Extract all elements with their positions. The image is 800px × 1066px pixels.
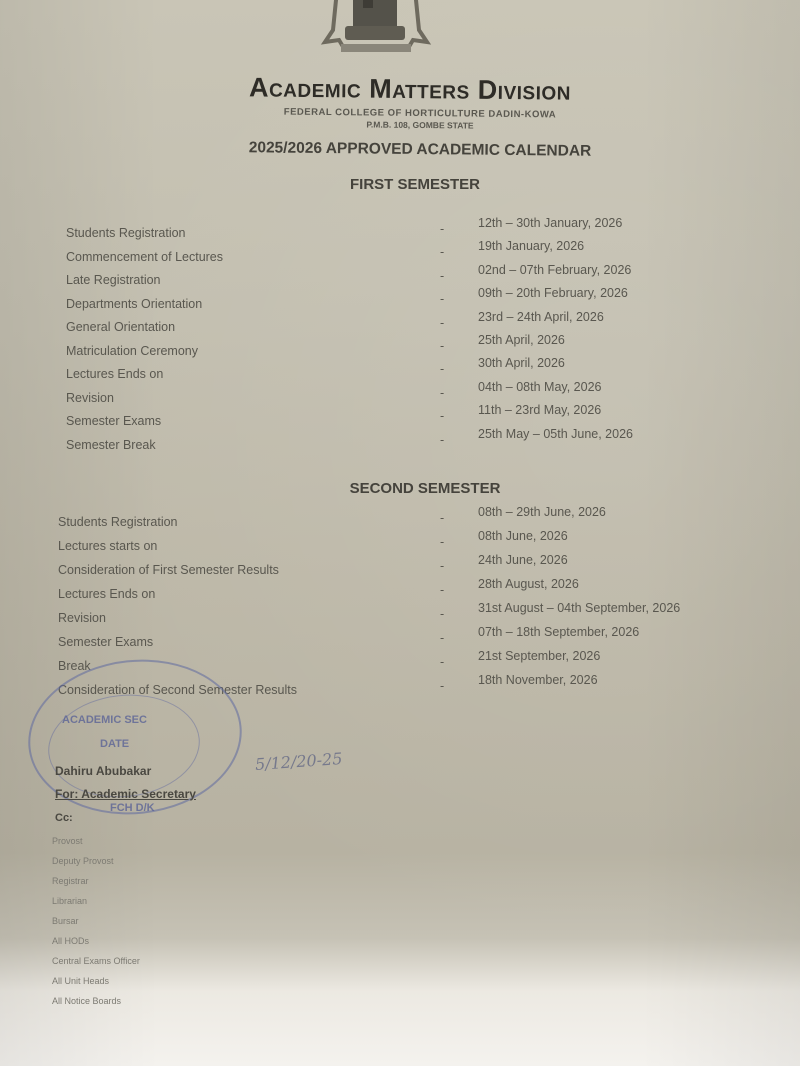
calendar-date: 02nd – 07th February, 2026 <box>478 263 631 277</box>
calendar-event: Lectures starts on <box>58 539 157 553</box>
calendar-date: 04th – 08th May, 2026 <box>478 380 601 394</box>
calendar-event: Semester Exams <box>66 414 161 428</box>
calendar-date: 08th – 29th June, 2026 <box>478 505 606 519</box>
calendar-date: 09th – 20th February, 2026 <box>478 286 628 300</box>
calendar-event: Lectures Ends on <box>66 367 163 381</box>
paper-shading <box>0 0 800 1066</box>
calendar-date: 23rd – 24th April, 2026 <box>478 310 604 324</box>
separator-dash: - <box>440 386 444 400</box>
stamp-text-line2: DATE <box>100 738 129 750</box>
separator-dash: - <box>440 535 444 549</box>
calendar-date: 18th November, 2026 <box>478 673 598 687</box>
separator-dash: - <box>440 679 444 693</box>
separator-dash: - <box>440 292 444 306</box>
cc-recipient: Registrar <box>52 876 89 886</box>
cc-recipient: Bursar <box>52 916 79 926</box>
calendar-event: Students Registration <box>66 226 186 240</box>
calendar-event: Semester Exams <box>58 635 153 649</box>
calendar-event: Consideration of First Semester Results <box>58 563 279 577</box>
calendar-date: 08th June, 2026 <box>478 529 568 543</box>
cc-recipient: Librarian <box>52 896 87 906</box>
calendar-date: 31st August – 04th September, 2026 <box>478 601 680 615</box>
separator-dash: - <box>440 559 444 573</box>
calendar-date: 21st September, 2026 <box>478 649 600 663</box>
calendar-date: 30th April, 2026 <box>478 356 565 370</box>
calendar-date: 11th – 23rd May, 2026 <box>478 403 601 417</box>
calendar-event: Students Registration <box>58 515 178 529</box>
stamp-text-line1: ACADEMIC SEC <box>62 714 147 726</box>
separator-dash: - <box>440 631 444 645</box>
calendar-event: Revision <box>66 391 114 405</box>
signatory-name: Dahiru Abubakar <box>55 764 151 778</box>
second-semester-heading: SECOND SEMESTER <box>275 480 575 497</box>
separator-dash: - <box>440 245 444 259</box>
calendar-date: 25th April, 2026 <box>478 333 565 347</box>
separator-dash: - <box>440 362 444 376</box>
separator-dash: - <box>440 583 444 597</box>
separator-dash: - <box>440 316 444 330</box>
calendar-date: 19th January, 2026 <box>478 239 584 253</box>
cc-recipient: All HODs <box>52 936 89 946</box>
calendar-event: General Orientation <box>66 320 175 334</box>
calendar-event: Commencement of Lectures <box>66 250 223 264</box>
separator-dash: - <box>440 511 444 525</box>
separator-dash: - <box>440 433 444 447</box>
separator-dash: - <box>440 269 444 283</box>
cc-recipient: Central Exams Officer <box>52 956 140 966</box>
cc-recipient: Provost <box>52 836 83 846</box>
first-semester-heading: FIRST SEMESTER <box>265 176 565 193</box>
calendar-date: 12th – 30th January, 2026 <box>478 216 622 230</box>
calendar-event: Lectures Ends on <box>58 587 155 601</box>
calendar-event: Departments Orientation <box>66 297 202 311</box>
college-crest-icon <box>315 0 435 62</box>
cc-recipient: All Notice Boards <box>52 996 121 1006</box>
signatory-role: For: Academic Secretary <box>55 787 196 801</box>
handwritten-date: 5/12/20-25 <box>254 749 343 774</box>
division-title: Academic Matters Division <box>180 72 640 108</box>
separator-dash: - <box>440 655 444 669</box>
separator-dash: - <box>440 222 444 236</box>
cc-label: Cc: <box>55 812 73 824</box>
cc-recipient: Deputy Provost <box>52 856 114 866</box>
calendar-title: 2025/2026 APPROVED ACADEMIC CALENDAR <box>200 139 640 162</box>
calendar-event: Late Registration <box>66 273 161 287</box>
stamp-text-line3: FCH D/K <box>110 802 155 814</box>
calendar-event: Revision <box>58 611 106 625</box>
calendar-date: 24th June, 2026 <box>478 553 568 567</box>
calendar-date: 07th – 18th September, 2026 <box>478 625 639 639</box>
separator-dash: - <box>440 607 444 621</box>
calendar-date: 25th May – 05th June, 2026 <box>478 427 633 441</box>
separator-dash: - <box>440 339 444 353</box>
separator-dash: - <box>440 409 444 423</box>
calendar-event: Semester Break <box>66 438 156 452</box>
calendar-event: Matriculation Ceremony <box>66 344 198 358</box>
cc-recipient: All Unit Heads <box>52 976 109 986</box>
calendar-date: 28th August, 2026 <box>478 577 579 591</box>
